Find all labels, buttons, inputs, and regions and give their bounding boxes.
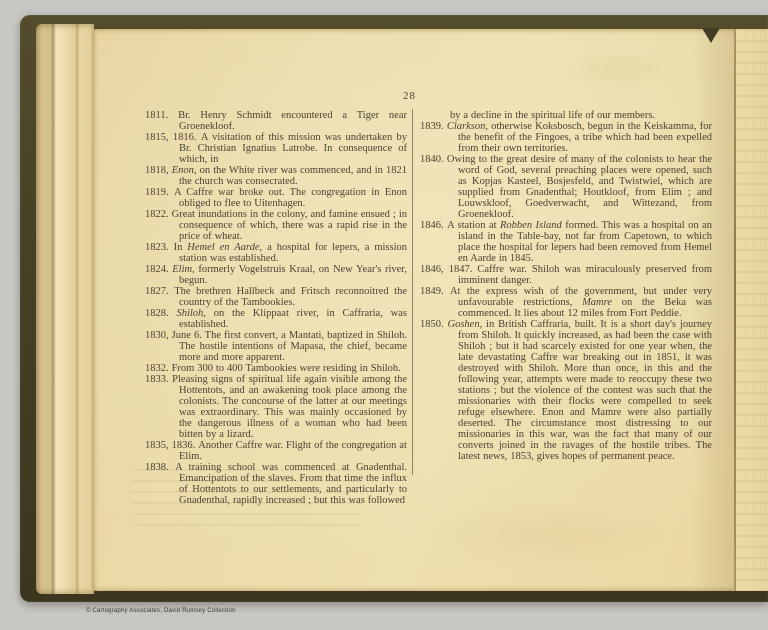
- entry-text: Br. Henry Schmidt encountered a Tiger ne…: [178, 110, 407, 132]
- entry-text: Caffre war. Shiloh was miraculously pres…: [458, 264, 712, 286]
- entry-year: 1824.: [145, 264, 172, 275]
- entry-year: 1830,: [145, 330, 172, 341]
- timeline-entry: 1830, June 6. The first convert, a Manta…: [145, 330, 407, 363]
- timeline-entry: 1846, 1847. Caffre war. Shiloh was mirac…: [420, 264, 712, 286]
- station-name: Robben Island: [500, 220, 562, 231]
- timeline-entry: 1822. Great inundations in the colony, a…: [145, 209, 407, 242]
- entry-text: Great inundations in the colony, and fam…: [172, 209, 407, 242]
- timeline-entry: 1828. Shiloh, on the Klippaat river, in …: [145, 308, 407, 330]
- timeline-entry: 1832. From 300 to 400 Tambookies were re…: [145, 363, 407, 374]
- station-name: Clarkson: [447, 121, 486, 132]
- entry-text: , on the Klippaat river, in Caffraria, w…: [179, 308, 407, 330]
- entry-year: 1815, 1816.: [145, 132, 201, 143]
- timeline-entry: 1823. In Hemel en Aarde, a hospital for …: [145, 242, 407, 264]
- entry-year: 1823.: [145, 242, 174, 253]
- timeline-entry: 1833. Pleasing signs of spiritual life a…: [145, 374, 407, 440]
- station-name: Shiloh: [176, 308, 203, 319]
- station-name: Hemel en Aarde: [187, 242, 259, 253]
- paper-stain: [562, 49, 672, 89]
- entry-text: In: [174, 242, 188, 253]
- entry-year: 1849.: [420, 286, 450, 297]
- entry-year: 1850.: [420, 319, 447, 330]
- column-divider: [412, 109, 413, 475]
- timeline-entry: 1839. Clarkson, otherwise Koksbosch, beg…: [420, 121, 712, 154]
- entry-text: A visitation of this mission was underta…: [179, 132, 407, 165]
- book-page: 28 1811. Br. Henry Schmidt encountered a…: [92, 29, 768, 591]
- photo-background: 28 1811. Br. Henry Schmidt encountered a…: [0, 0, 768, 630]
- entry-year: 1819.: [145, 187, 174, 198]
- entry-text: From 300 to 400 Tambookies were residing…: [172, 363, 401, 374]
- entry-year: 1822.: [145, 209, 172, 220]
- continuation-line: by a decline in the spiritual life of ou…: [420, 110, 712, 121]
- timeline-entry: 1819. A Caffre war broke out. The congre…: [145, 187, 407, 209]
- left-column: 1811. Br. Henry Schmidt encountered a Ti…: [145, 110, 407, 506]
- entry-text: , on the White river was commenced, and …: [179, 165, 407, 187]
- entry-text: , in British Caffraria, built. It is a s…: [458, 319, 712, 462]
- timeline-entry: 1818, Enon, on the White river was comme…: [145, 165, 407, 187]
- entry-text: A Caffre war broke out. The congregation…: [174, 187, 407, 209]
- footer-credit: © Cartography Associates, David Rumsey C…: [86, 608, 236, 614]
- timeline-entry: 1824. Elim, formerly Vogelstruis Kraal, …: [145, 264, 407, 286]
- entry-year: 1846.: [420, 220, 447, 231]
- entry-text: , otherwise Koksbosch, begun in the Keis…: [458, 121, 712, 154]
- entry-text: Pleasing signs of spiritual life again v…: [172, 374, 407, 440]
- timeline-entry: 1838. A training school was commenced at…: [145, 462, 407, 506]
- entry-year: 1838.: [145, 462, 175, 473]
- entry-text: The brethren Hallbeck and Fritsch reconn…: [174, 286, 407, 308]
- entry-year: 1827.: [145, 286, 174, 297]
- facing-page-edge: [736, 29, 768, 591]
- station-name: Mamre: [582, 297, 612, 308]
- entry-year: 1828.: [145, 308, 176, 319]
- station-name: Enon: [172, 165, 194, 176]
- entry-text: A training school was commenced at Gnade…: [175, 462, 407, 506]
- timeline-entry: 1850. Goshen, in British Caffraria, buil…: [420, 319, 712, 462]
- timeline-entry: 1849. At the express wish of the governm…: [420, 286, 712, 319]
- entry-year: 1846, 1847.: [420, 264, 477, 275]
- entry-text: , formerly Vogelstruis Kraal, on New Yea…: [179, 264, 407, 286]
- paper-stain: [422, 499, 672, 569]
- entry-year: 1832.: [145, 363, 172, 374]
- entry-text: June 6. The first convert, a Mantati, ba…: [172, 330, 407, 363]
- entry-year: 1835, 1836.: [145, 440, 198, 451]
- timeline-entry: 1840. Owing to the great desire of many …: [420, 154, 712, 220]
- timeline-entry: 1827. The brethren Hallbeck and Fritsch …: [145, 286, 407, 308]
- entry-year: 1818,: [145, 165, 172, 176]
- entry-year: 1811.: [145, 110, 178, 121]
- right-column: by a decline in the spiritual life of ou…: [420, 110, 712, 462]
- station-name: Goshen: [447, 319, 479, 330]
- entry-year: 1833.: [145, 374, 172, 385]
- timeline-entry: 1846. A station at Robben Island formed.…: [420, 220, 712, 264]
- entry-text: Another Caffre war. Flight of the congre…: [179, 440, 407, 462]
- page-number: 28: [372, 91, 447, 102]
- entry-year: 1839.: [420, 121, 447, 132]
- timeline-entry: 1835, 1836. Another Caffre war. Flight o…: [145, 440, 407, 462]
- entry-text: A station at: [447, 220, 500, 231]
- timeline-entry: 1815, 1816. A visitation of this mission…: [145, 132, 407, 165]
- page-edges: [36, 24, 94, 594]
- timeline-entry: 1811. Br. Henry Schmidt encountered a Ti…: [145, 110, 407, 132]
- entry-year: 1840.: [420, 154, 447, 165]
- binding-notch: [702, 28, 720, 43]
- station-name: Elim: [172, 264, 192, 275]
- entry-text: Owing to the great desire of many of the…: [447, 154, 712, 220]
